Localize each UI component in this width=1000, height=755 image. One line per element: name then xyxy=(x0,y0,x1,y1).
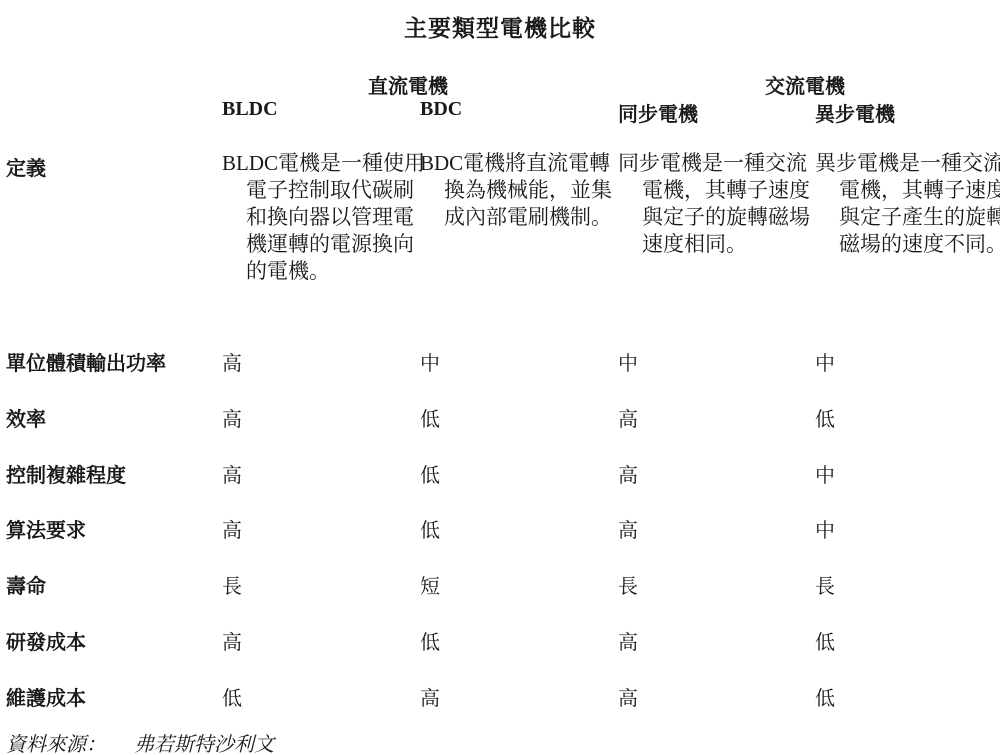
table-cell: 高 xyxy=(222,459,242,488)
table-cell: 低 xyxy=(420,626,440,655)
definition-cell-synchronous: 同步電機是一種交流電機，其轉子速度與定子的旋轉磁場速度相同。 xyxy=(618,150,827,258)
column-header-bdc: BDC xyxy=(420,98,462,121)
column-header-bldc: BLDC xyxy=(222,98,278,121)
row-label-control-complexity: 控制複雜程度 xyxy=(6,459,126,488)
row-label-rd-cost: 研發成本 xyxy=(6,626,86,655)
table-cell: 中 xyxy=(815,514,835,543)
table-cell: 高 xyxy=(618,682,638,711)
row-label-output-power: 單位體積輸出功率 xyxy=(6,347,166,376)
row-label-maintenance-cost: 維護成本 xyxy=(6,682,86,711)
table-cell: 低 xyxy=(420,459,440,488)
row-label-efficiency: 效率 xyxy=(6,403,46,432)
source-value: 弗若斯特沙利文 xyxy=(134,728,274,755)
table-cell: 低 xyxy=(420,514,440,543)
definition-cell-bdc: BDC電機將直流電轉換為機械能，並集成內部電刷機制。 xyxy=(420,150,629,231)
table-cell: 高 xyxy=(222,403,242,432)
table-cell: 高 xyxy=(618,459,638,488)
table-cell: 低 xyxy=(222,682,242,711)
definition-cell-asynchronous: 異步電機是一種交流電機，其轉子速度與定子產生的旋轉磁場的速度不同。 xyxy=(815,150,1000,258)
row-label-algorithm-requirement: 算法要求 xyxy=(6,514,86,543)
table-cell: 長 xyxy=(618,570,638,599)
source-label: 資料來源： xyxy=(6,728,106,755)
column-header-asynchronous: 異步電機 xyxy=(815,98,895,127)
table-cell: 低 xyxy=(815,626,835,655)
page-title: 主要類型電機比較 xyxy=(0,10,1000,43)
column-header-synchronous: 同步電機 xyxy=(618,98,698,127)
table-cell: 高 xyxy=(420,682,440,711)
table-cell: 低 xyxy=(815,682,835,711)
table-cell: 中 xyxy=(618,347,638,376)
group-header-ac: 交流電機 xyxy=(765,70,845,99)
table-cell: 長 xyxy=(815,570,835,599)
table-cell: 高 xyxy=(618,626,638,655)
table-cell: 中 xyxy=(815,347,835,376)
table-cell: 長 xyxy=(222,570,242,599)
table-cell: 高 xyxy=(618,403,638,432)
table-cell: 短 xyxy=(420,570,440,599)
row-label-definition: 定義 xyxy=(6,152,46,181)
row-label-lifespan: 壽命 xyxy=(6,570,46,599)
table-cell: 中 xyxy=(420,347,440,376)
table-cell: 低 xyxy=(815,403,835,432)
table-cell: 高 xyxy=(222,347,242,376)
group-header-dc: 直流電機 xyxy=(368,70,448,99)
table-cell: 高 xyxy=(618,514,638,543)
table-cell: 中 xyxy=(815,459,835,488)
table-cell: 高 xyxy=(222,514,242,543)
definition-cell-bldc: BLDC電機是一種使用電子控制取代碳刷和換向器以管理電機運轉的電源換向的電機。 xyxy=(222,150,431,285)
table-cell: 高 xyxy=(222,626,242,655)
source-note: 資料來源：弗若斯特沙利文 xyxy=(6,728,274,755)
table-cell: 低 xyxy=(420,403,440,432)
